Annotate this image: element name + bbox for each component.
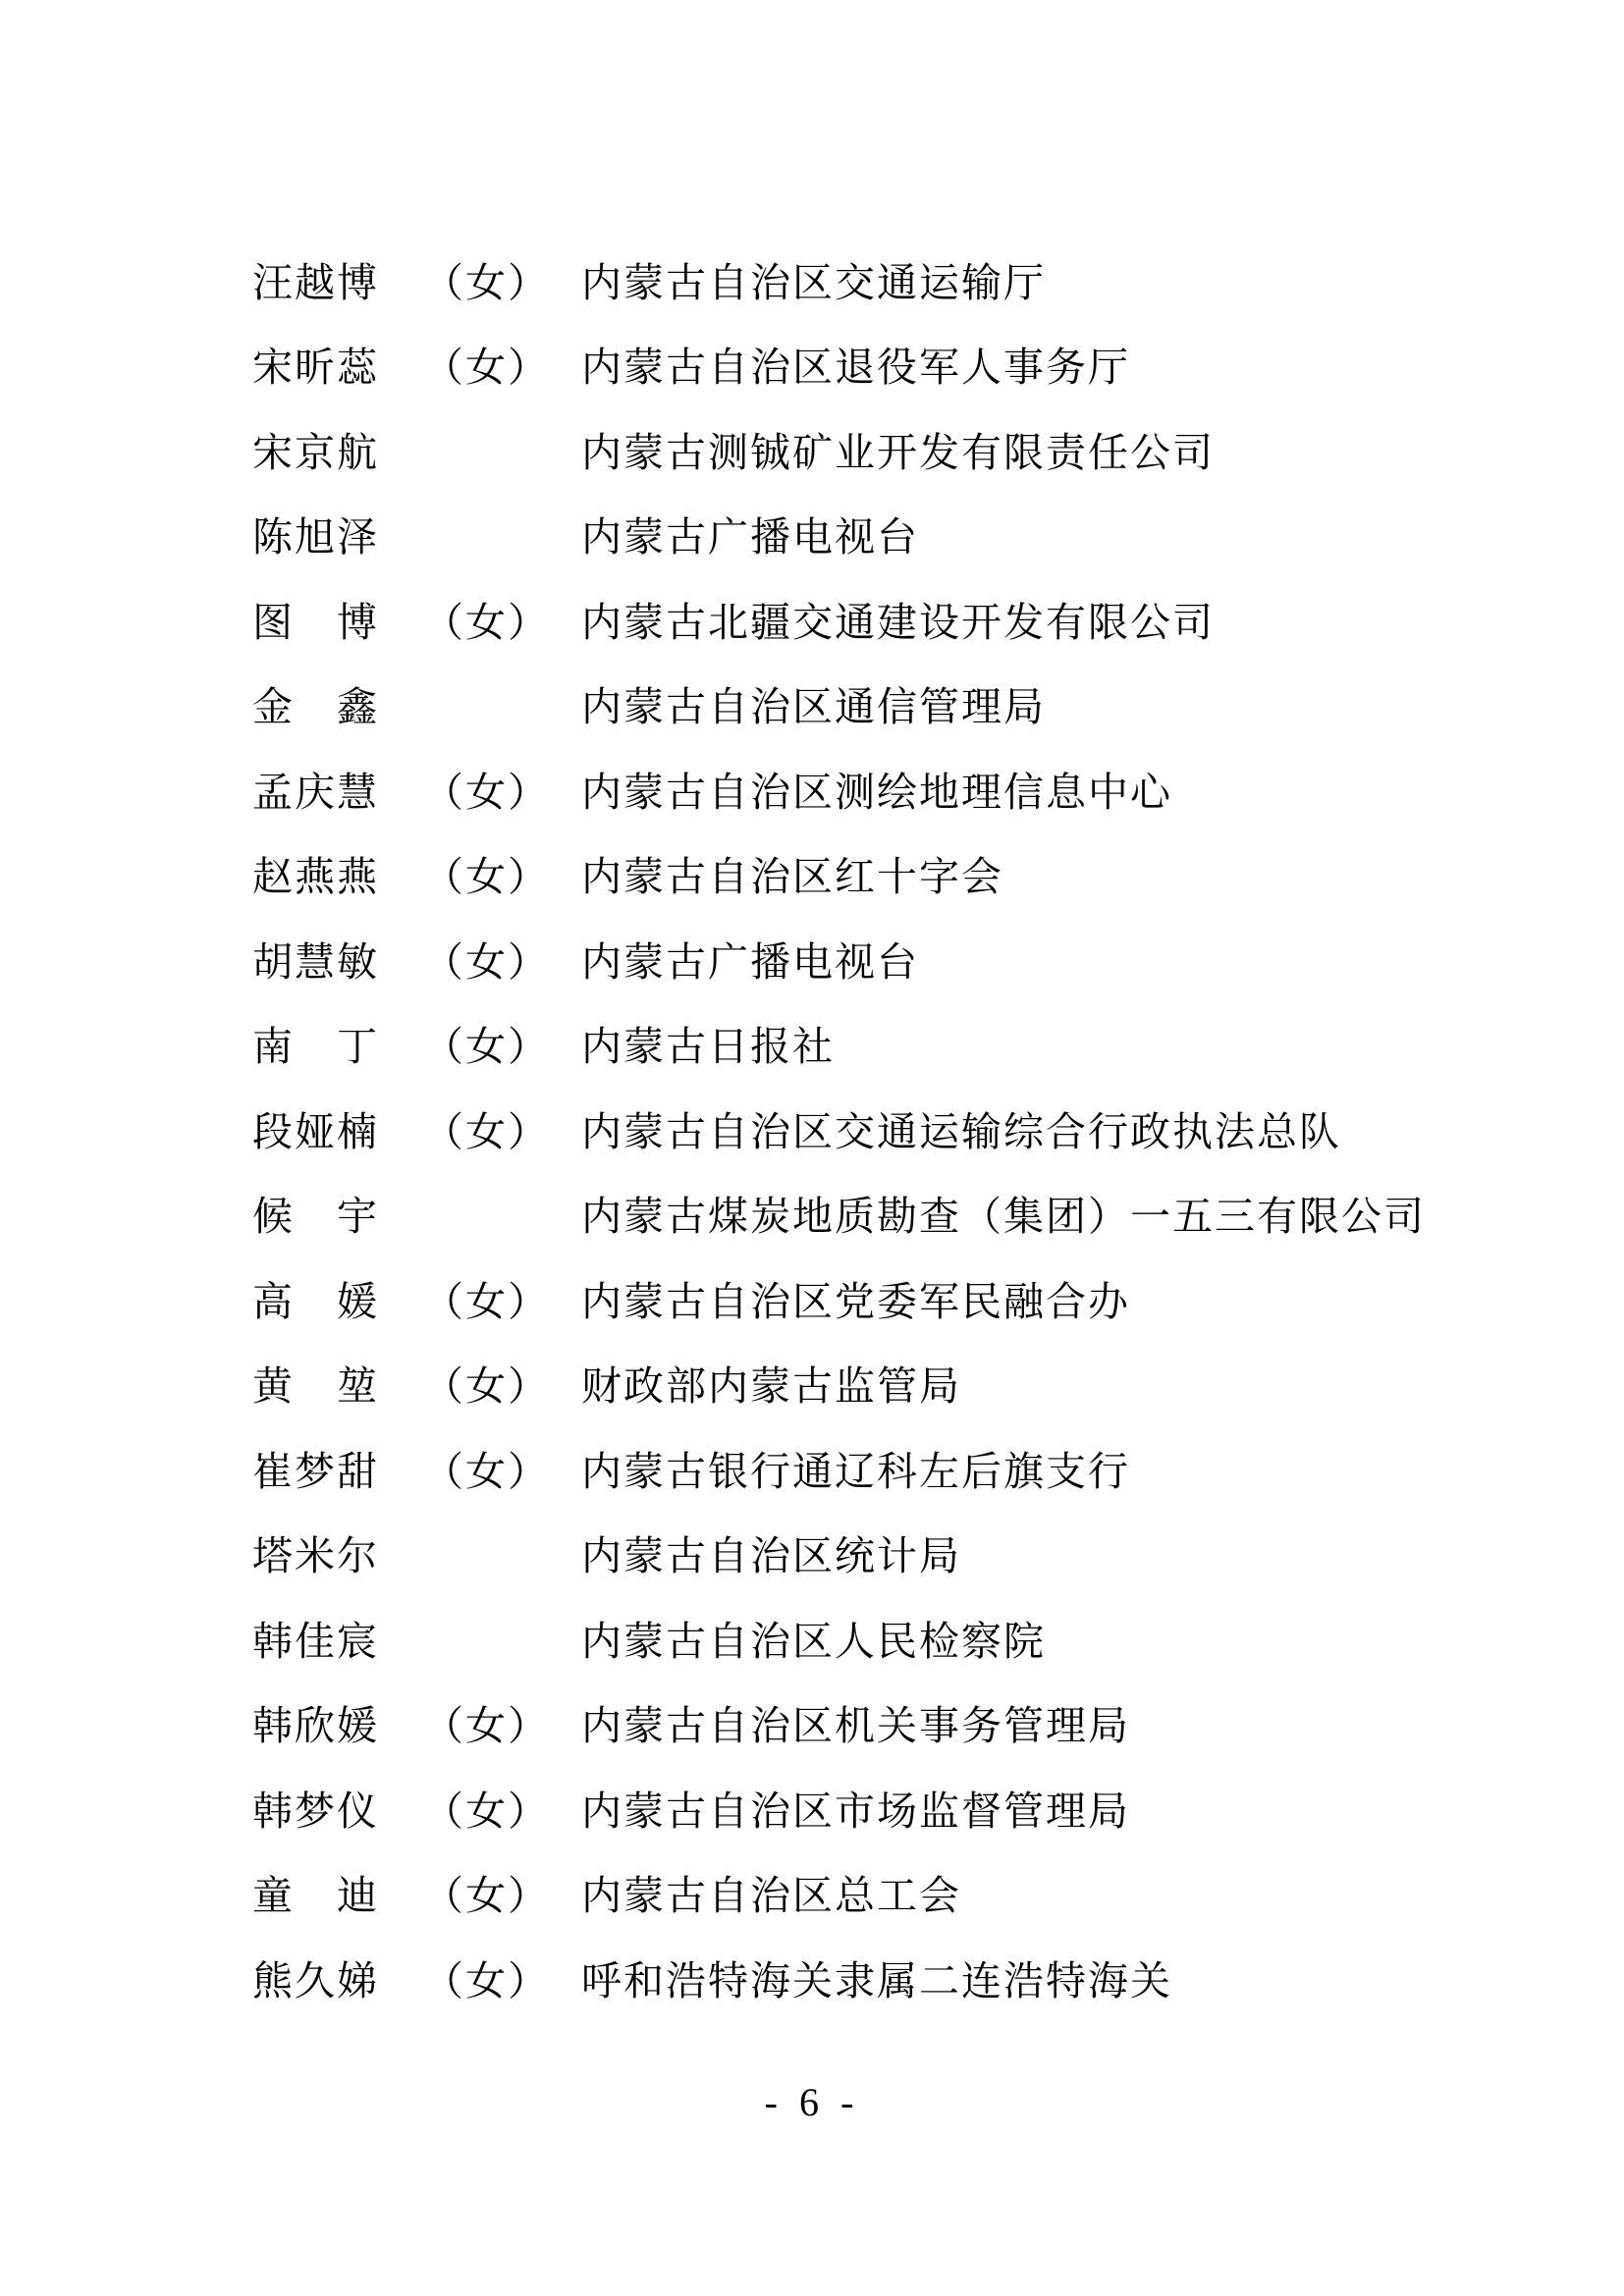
gender-label: （女）	[423, 1693, 581, 1751]
list-row: 宋京航 内蒙古测铖矿业开发有限责任公司	[252, 406, 1545, 492]
organization: 内蒙古自治区统计局	[581, 1523, 1545, 1581]
organization: 内蒙古自治区机关事务管理局	[581, 1693, 1545, 1751]
list-row: 韩佳宸 内蒙古自治区人民检察院	[252, 1595, 1545, 1681]
person-name: 黄 堃	[252, 1354, 423, 1412]
organization: 内蒙古自治区党委军民融合办	[581, 1269, 1545, 1327]
gender-label: （女）	[423, 1779, 581, 1837]
person-name: 赵燕燕	[252, 844, 423, 902]
list-row: 段娅楠 （女） 内蒙古自治区交通运输综合行政执法总队	[252, 1086, 1545, 1171]
list-row: 汪越博 （女） 内蒙古自治区交通运输厅	[252, 237, 1545, 322]
person-name: 金 鑫	[252, 674, 423, 732]
gender-label: （女）	[423, 760, 581, 818]
list-row: 黄 堃 （女） 财政部内蒙古监管局	[252, 1341, 1545, 1426]
organization: 内蒙古自治区退役军人事务厅	[581, 335, 1545, 393]
person-name: 高 媛	[252, 1269, 423, 1327]
list-row: 韩梦仪 （女） 内蒙古自治区市场监督管理局	[252, 1765, 1545, 1850]
gender-label: （女）	[423, 590, 581, 648]
person-name: 韩欣媛	[252, 1693, 423, 1751]
list-row: 塔米尔 内蒙古自治区统计局	[252, 1511, 1545, 1596]
list-row: 熊久娣 （女） 呼和浩特海关隶属二连浩特海关	[252, 1935, 1545, 2020]
list-row: 孟庆慧 （女） 内蒙古自治区测绘地理信息中心	[252, 746, 1545, 831]
person-name: 宋昕蕊	[252, 335, 423, 393]
person-name: 陈旭泽	[252, 505, 423, 562]
person-name: 图 博	[252, 590, 423, 648]
organization: 内蒙古自治区通信管理局	[581, 674, 1545, 732]
person-name: 候 宇	[252, 1184, 423, 1242]
organization: 内蒙古北疆交通建设开发有限公司	[581, 590, 1545, 648]
organization: 内蒙古自治区市场监督管理局	[581, 1779, 1545, 1837]
person-name: 孟庆慧	[252, 760, 423, 818]
person-name: 塔米尔	[252, 1523, 423, 1581]
gender-label: （女）	[423, 930, 581, 988]
list-row: 韩欣媛 （女） 内蒙古自治区机关事务管理局	[252, 1681, 1545, 1766]
person-name: 崔梦甜	[252, 1439, 423, 1497]
person-name: 韩梦仪	[252, 1779, 423, 1837]
organization: 内蒙古广播电视台	[581, 930, 1545, 988]
gender-label: （女）	[423, 1269, 581, 1327]
list-row: 候 宇 内蒙古煤炭地质勘查（集团）一五三有限公司	[252, 1171, 1545, 1256]
organization: 内蒙古测铖矿业开发有限责任公司	[581, 420, 1545, 478]
gender-label: （女）	[423, 250, 581, 308]
organization: 内蒙古银行通辽科左后旗支行	[581, 1439, 1545, 1497]
name-list: 汪越博 （女） 内蒙古自治区交通运输厅 宋昕蕊 （女） 内蒙古自治区退役军人事务…	[252, 237, 1545, 2020]
document-page: 汪越博 （女） 内蒙古自治区交通运输厅 宋昕蕊 （女） 内蒙古自治区退役军人事务…	[0, 0, 1624, 2296]
person-name: 胡慧敏	[252, 930, 423, 988]
organization: 内蒙古自治区交通运输综合行政执法总队	[581, 1099, 1545, 1157]
list-row: 陈旭泽 内蒙古广播电视台	[252, 492, 1545, 577]
gender-label: （女）	[423, 1439, 581, 1497]
organization: 内蒙古自治区总工会	[581, 1863, 1545, 1921]
gender-label: （女）	[423, 1014, 581, 1072]
gender-label: （女）	[423, 1949, 581, 2006]
person-name: 熊久娣	[252, 1949, 423, 2006]
organization: 内蒙古自治区测绘地理信息中心	[581, 760, 1545, 818]
page-number: - 6 -	[0, 2079, 1624, 2125]
gender-label: （女）	[423, 844, 581, 902]
person-name: 韩佳宸	[252, 1609, 423, 1667]
organization: 内蒙古自治区红十字会	[581, 844, 1545, 902]
organization: 财政部内蒙古监管局	[581, 1354, 1545, 1412]
list-row: 赵燕燕 （女） 内蒙古自治区红十字会	[252, 831, 1545, 917]
organization: 内蒙古日报社	[581, 1014, 1545, 1072]
list-row: 金 鑫 内蒙古自治区通信管理局	[252, 662, 1545, 747]
organization: 呼和浩特海关隶属二连浩特海关	[581, 1949, 1545, 2006]
organization: 内蒙古自治区交通运输厅	[581, 250, 1545, 308]
person-name: 宋京航	[252, 420, 423, 478]
gender-label: （女）	[423, 1099, 581, 1157]
list-row: 胡慧敏 （女） 内蒙古广播电视台	[252, 916, 1545, 1001]
gender-label: （女）	[423, 1863, 581, 1921]
person-name: 童 迪	[252, 1863, 423, 1921]
person-name: 南 丁	[252, 1014, 423, 1072]
organization: 内蒙古自治区人民检察院	[581, 1609, 1545, 1667]
list-row: 崔梦甜 （女） 内蒙古银行通辽科左后旗支行	[252, 1425, 1545, 1511]
list-row: 图 博 （女） 内蒙古北疆交通建设开发有限公司	[252, 576, 1545, 662]
organization: 内蒙古煤炭地质勘查（集团）一五三有限公司	[581, 1184, 1545, 1242]
list-row: 南 丁 （女） 内蒙古日报社	[252, 1001, 1545, 1087]
gender-label: （女）	[423, 335, 581, 393]
list-row: 宋昕蕊 （女） 内蒙古自治区退役军人事务厅	[252, 322, 1545, 407]
gender-label: （女）	[423, 1354, 581, 1412]
list-row: 高 媛 （女） 内蒙古自治区党委军民融合办	[252, 1255, 1545, 1341]
list-row: 童 迪 （女） 内蒙古自治区总工会	[252, 1850, 1545, 1936]
person-name: 汪越博	[252, 250, 423, 308]
person-name: 段娅楠	[252, 1099, 423, 1157]
organization: 内蒙古广播电视台	[581, 505, 1545, 562]
